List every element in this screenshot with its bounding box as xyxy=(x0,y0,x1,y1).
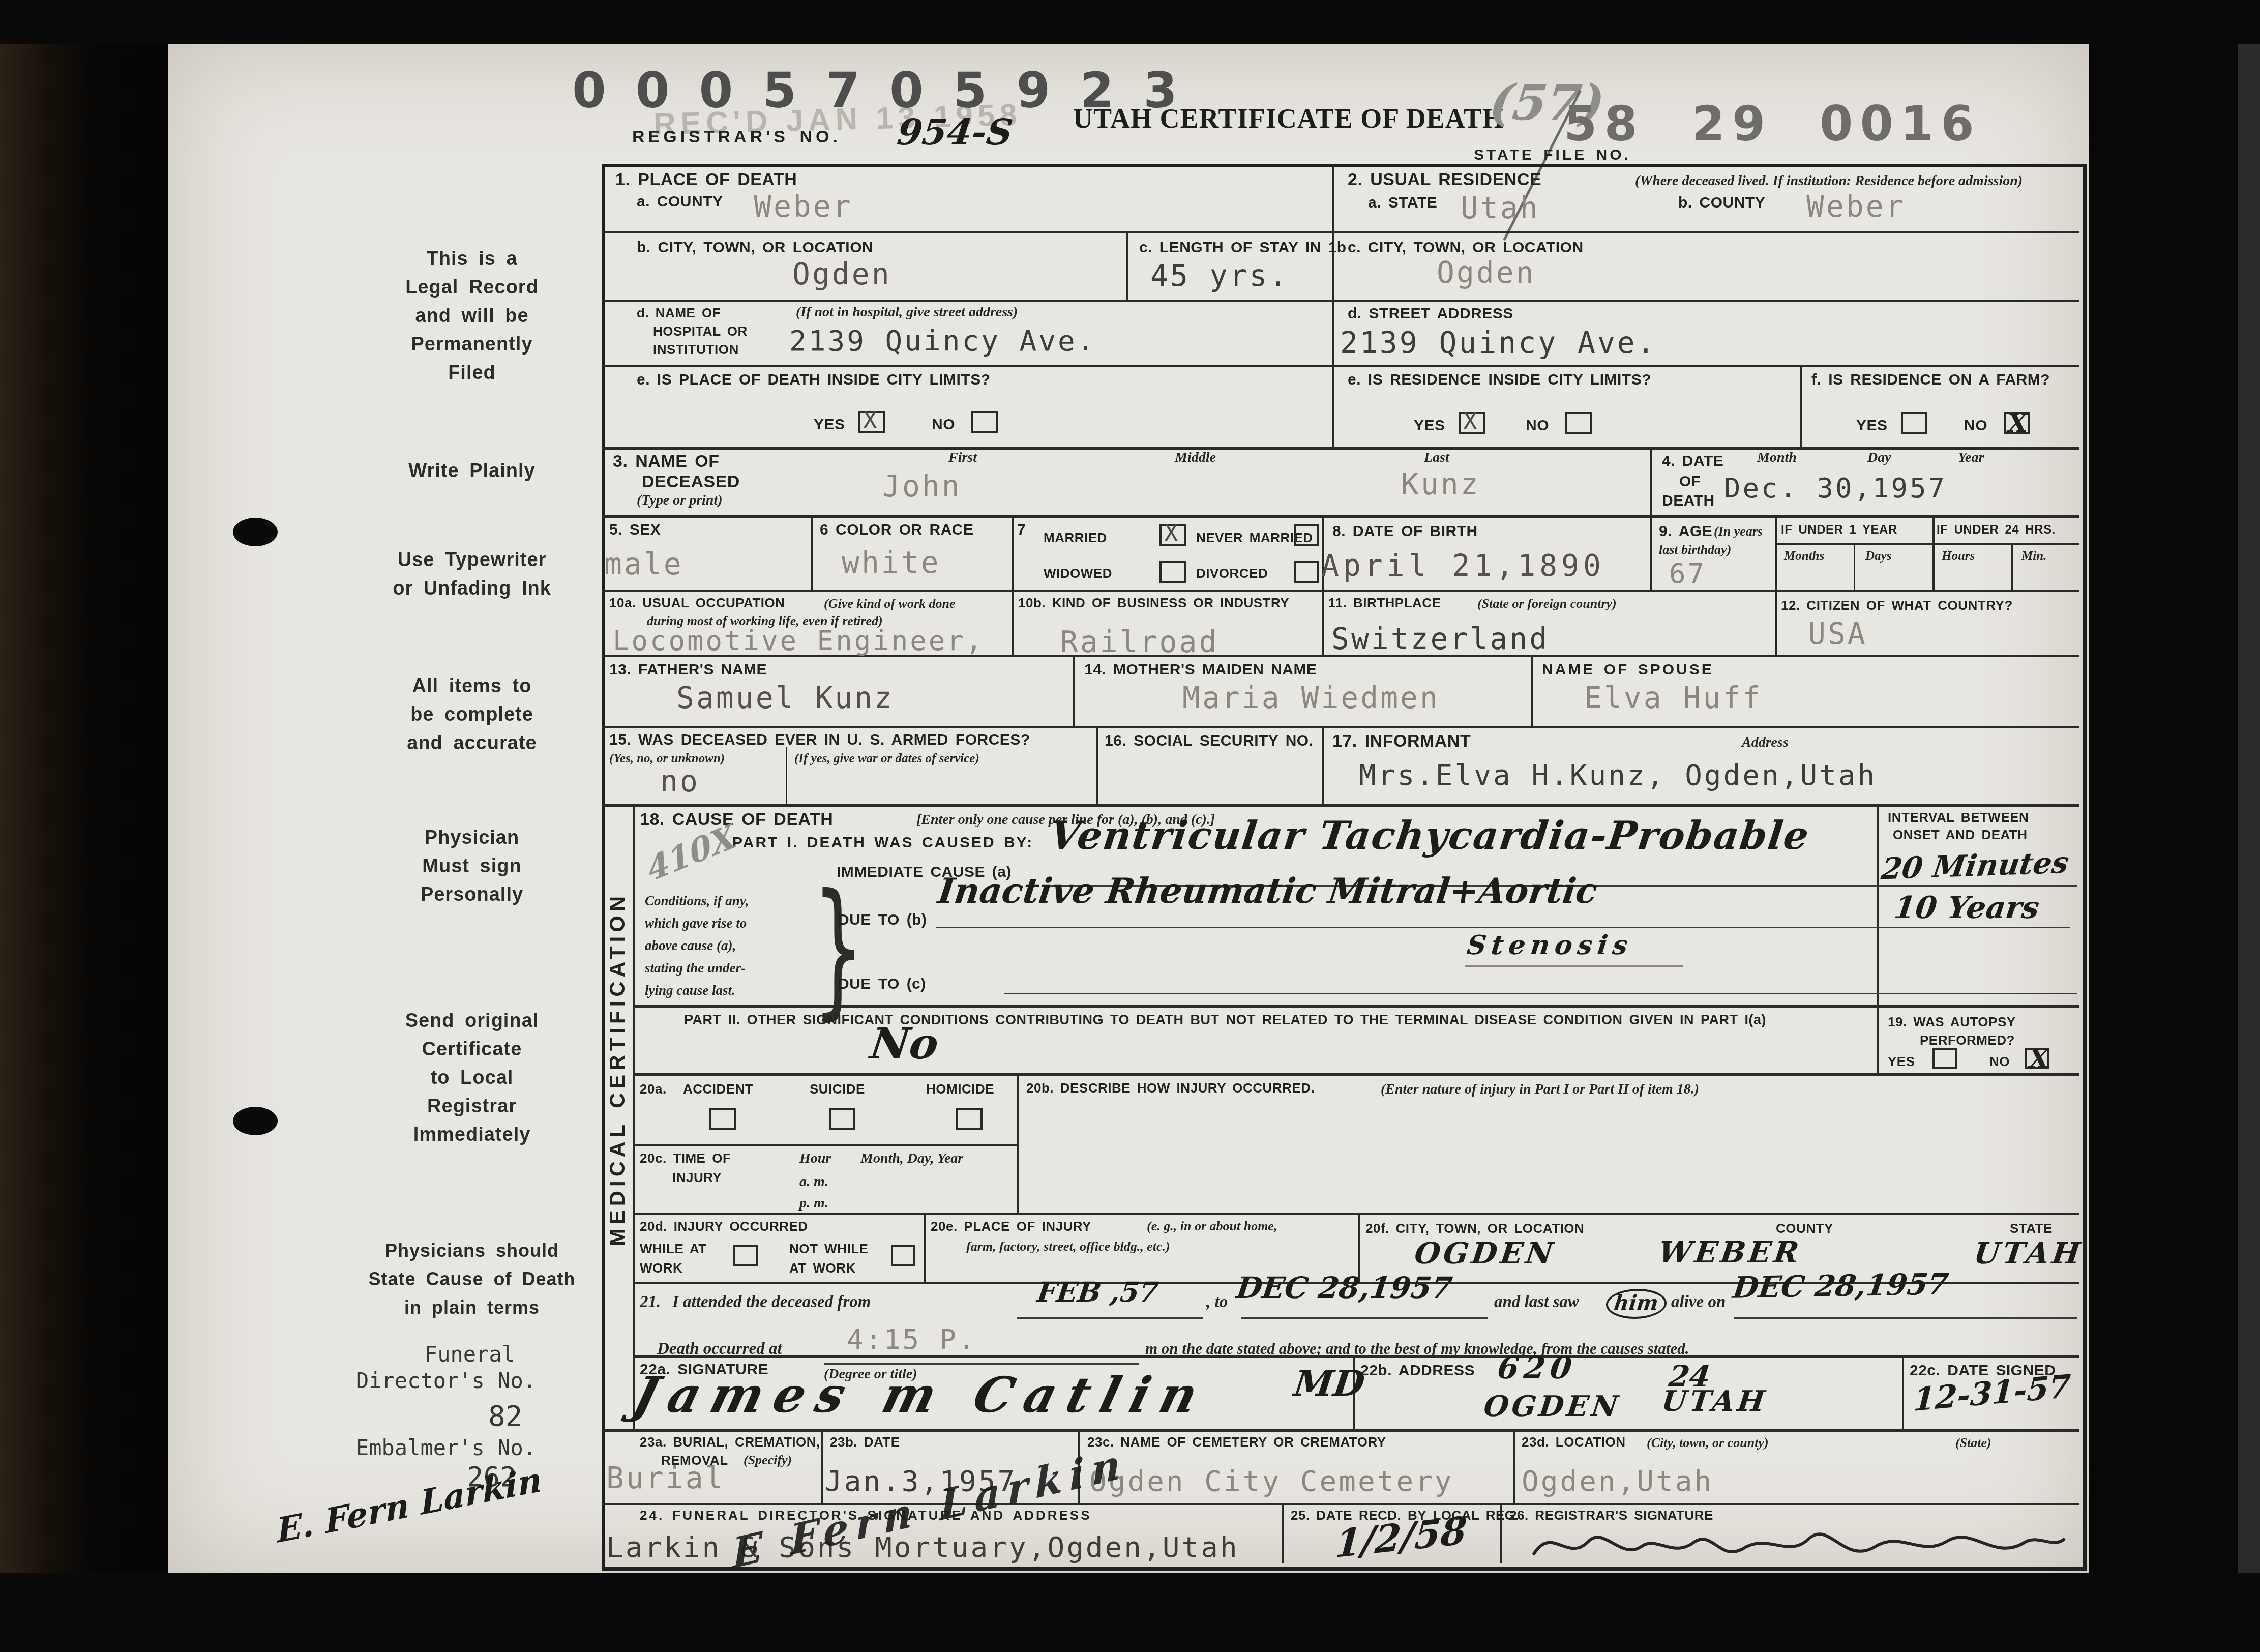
s3-label: 3. NAME OF xyxy=(613,452,720,471)
s18-label: 18. CAUSE OF DEATH xyxy=(640,810,833,830)
s3-sublabel: (Type or print) xyxy=(637,492,723,509)
s8-value: April 21,1890 xyxy=(1321,548,1605,583)
s21-death-occurred-text: Death occurred at xyxy=(657,1340,782,1359)
s2f-no-mark: X xyxy=(2008,408,2028,438)
s1e-no-label: NO xyxy=(932,416,955,433)
s19-label: PERFORMED? xyxy=(1920,1032,2015,1048)
s20e-sublabel: (e. g., in or about home, xyxy=(1147,1219,1277,1234)
s23d-label: 23d. LOCATION xyxy=(1522,1434,1626,1450)
state-file-label: STATE FILE NO. xyxy=(1474,146,1631,164)
rule-v xyxy=(1012,590,1014,655)
s2-title: 2. USUAL RESIDENCE xyxy=(1348,170,1541,190)
margin-note-physician-sign: Must sign xyxy=(330,855,614,877)
s4-month-header: Month xyxy=(1757,450,1797,466)
rule-v xyxy=(786,747,787,804)
s1e-label: e. IS PLACE OF DEATH INSIDE CITY LIMITS? xyxy=(637,371,991,389)
spouse-value: Elva Huff xyxy=(1584,681,1762,715)
s20a-homicide-checkbox xyxy=(956,1108,983,1130)
s9-months-header: Months xyxy=(1784,549,1824,564)
s14-value: Maria Wiedmen xyxy=(1182,681,1440,715)
rule-v xyxy=(1096,726,1098,804)
s3-last-value: Kunz xyxy=(1401,467,1480,501)
s20b-sublabel: (Enter nature of injury in Part I or Par… xyxy=(1381,1081,1699,1098)
s18-interval-label: ONSET AND DEATH xyxy=(1893,827,2028,843)
s9-label: 9. AGE xyxy=(1659,523,1712,540)
s11-value: Switzerland xyxy=(1331,622,1549,656)
s23d-sublabel: (City, town, or county) xyxy=(1647,1435,1769,1451)
s1b-label: b. CITY, TOWN, OR LOCATION xyxy=(637,239,873,256)
rule-v xyxy=(1650,447,1652,515)
margin-note-legal-record: and will be xyxy=(330,305,614,327)
scanner-background-right xyxy=(2089,0,2238,1652)
s2d-label: d. STREET ADDRESS xyxy=(1348,305,1513,322)
s20a-suicide-checkbox xyxy=(829,1108,855,1130)
rule-v xyxy=(1902,1355,1904,1429)
s22b-value-ogden: OGDEN xyxy=(1482,1390,1623,1423)
s19-no-mark: X xyxy=(2029,1044,2049,1074)
s7-widowed-checkbox xyxy=(1159,560,1186,583)
s18-due-to-c-label: DUE TO (c) xyxy=(838,976,926,993)
s2e-label: e. IS RESIDENCE INSIDE CITY LIMITS? xyxy=(1348,371,1651,389)
s21-alive-line xyxy=(1734,1317,2077,1319)
margin-note-plain-terms: Physicians should xyxy=(330,1240,614,1261)
s2f-yes-label: YES xyxy=(1856,417,1888,434)
s18-conditions-note: Conditions, if any, xyxy=(645,893,749,909)
s1d-sublabel: (If not in hospital, give street address… xyxy=(796,304,1018,320)
spouse-label: NAME OF SPOUSE xyxy=(1542,661,1714,678)
s9-sublabel: (In years xyxy=(1714,524,1763,539)
funeral-director-no-value: 82 xyxy=(488,1400,522,1433)
s18-line-stenosis xyxy=(1465,965,1683,967)
s7-divorced-label: DIVORCED xyxy=(1196,566,1268,581)
s18-conditions-note: which gave rise to xyxy=(645,916,747,931)
rule-h xyxy=(602,804,2079,807)
s2c-value: Ogden xyxy=(1437,255,1536,290)
s15-sublabel2: (If yes, give war or dates of service) xyxy=(794,752,979,766)
s3-last-header: Last xyxy=(1424,450,1449,466)
embalmer-no-label: Embalmer's No. xyxy=(356,1435,536,1460)
s2f-no-checkbox: X xyxy=(2004,412,2030,434)
s8-label: 8. DATE OF BIRTH xyxy=(1332,523,1478,540)
margin-note-typewriter: or Unfading Ink xyxy=(330,578,614,600)
s23a-label: 23a. BURIAL, CREMATION, xyxy=(640,1434,820,1450)
rule-h xyxy=(602,1503,2079,1505)
rule-v xyxy=(1932,515,1935,590)
s4-value: Dec. 30,1957 xyxy=(1724,472,1947,504)
s23d-state-note: (State) xyxy=(1955,1435,1991,1451)
s10b-value: Railroad xyxy=(1060,625,1218,659)
s1e-yes-label: YES xyxy=(814,416,845,433)
s23a-specify-note: (Specify) xyxy=(744,1453,792,1468)
scanner-background-bottom xyxy=(0,1573,2260,1652)
rule-h xyxy=(602,365,2079,367)
rule-h xyxy=(602,231,2079,233)
s5-label: 5. SEX xyxy=(609,521,661,539)
rule-v xyxy=(1126,231,1128,300)
s1e-no-checkbox xyxy=(971,411,998,433)
s20b-label: 20b. DESCRIBE HOW INJURY OCCURRED. xyxy=(1026,1080,1315,1096)
rule-v xyxy=(811,515,813,590)
margin-note-legal-record: Permanently xyxy=(330,334,614,356)
s4-year-header: Year xyxy=(1958,450,1984,466)
s20c-mdy-header: Month, Day, Year xyxy=(860,1150,963,1167)
s18-part1-label: PART I. DEATH WAS CAUSED BY: xyxy=(732,834,1033,851)
s20d-label: 20d. INJURY OCCURRED xyxy=(640,1219,808,1234)
s2e-yes-mark: X xyxy=(1463,409,1477,433)
s15-label: 15. WAS DECEASED EVER IN U. S. ARMED FOR… xyxy=(609,731,1030,749)
s10a-label: 10a. USUAL OCCUPATION xyxy=(609,595,785,611)
margin-note-send-original: Immediately xyxy=(330,1124,614,1146)
margin-note-legal-record: This is a xyxy=(330,248,614,270)
s20f-label: 20f. CITY, TOWN, OR LOCATION xyxy=(1365,1221,1584,1236)
s20a-number: 20a. xyxy=(640,1081,667,1097)
s19-yes-checkbox xyxy=(1932,1048,1957,1069)
s18-due-to-b-value2: Stenosis xyxy=(1465,930,1634,961)
margin-note-typewriter: Use Typewriter xyxy=(330,549,614,571)
s2b-label: b. COUNTY xyxy=(1678,194,1765,212)
s7-divorced-checkbox xyxy=(1294,560,1319,583)
s18-part2-value: No xyxy=(868,1018,941,1069)
margin-note-legal-record: Legal Record xyxy=(330,277,614,299)
s3-first-value: John xyxy=(882,469,962,504)
rule-v-medical-strip xyxy=(633,804,635,1429)
s7-number: 7 xyxy=(1017,521,1026,539)
s13-label: 13. FATHER'S NAME xyxy=(609,661,767,678)
s10a-sublabel: (Give kind of work done xyxy=(824,596,956,611)
s20c-pm-label: p. m. xyxy=(799,1195,828,1212)
s20c-label: 20c. TIME OF xyxy=(640,1150,731,1166)
s18-conditions-note: stating the under- xyxy=(645,960,746,976)
s20a-homicide-label: HOMICIDE xyxy=(926,1081,994,1097)
s18-line-b xyxy=(936,927,2070,928)
s9-hours-header: Hours xyxy=(1942,549,1975,564)
s23d-value: Ogden,Utah xyxy=(1522,1465,1713,1498)
s1-title: 1. PLACE OF DEATH xyxy=(615,170,797,190)
s2e-no-label: NO xyxy=(1526,417,1549,434)
state-file-number-stamp: 58 29 0016 xyxy=(1564,97,1981,152)
s4-label: 4. DATE xyxy=(1662,453,1723,470)
s10b-label: 10b. KIND OF BUSINESS OR INDUSTRY xyxy=(1018,595,1289,611)
s20d-notwhile-label: AT WORK xyxy=(789,1260,856,1276)
rule-h xyxy=(602,300,2079,302)
s20f-county-value: WEBER xyxy=(1657,1235,1804,1270)
s2e-yes-label: YES xyxy=(1414,417,1445,434)
s20f-state-header: STATE xyxy=(2010,1221,2053,1236)
s2-title-sub: (Where deceased lived. If institution: R… xyxy=(1635,173,2023,189)
s22b-value-utah: UTAH xyxy=(1660,1384,1770,1418)
rule-v xyxy=(1775,590,1777,655)
s23a-value: Burial xyxy=(606,1461,725,1495)
rule-v xyxy=(1531,655,1533,726)
s1a-label: a. COUNTY xyxy=(637,193,723,211)
s2e-no-checkbox xyxy=(1565,412,1592,434)
s3-first-header: First xyxy=(948,450,977,466)
s18-conditions-note: above cause (a), xyxy=(645,938,736,954)
s2f-yes-checkbox xyxy=(1901,412,1927,434)
s20a-accident-checkbox xyxy=(709,1108,736,1130)
s23b-label: 23b. DATE xyxy=(830,1434,900,1450)
s21-to-text: , to xyxy=(1206,1293,1228,1312)
s20c-am-label: a. m. xyxy=(799,1174,828,1190)
rule-v xyxy=(1513,1429,1515,1503)
s1b-value: Ogden xyxy=(792,257,891,291)
s2f-no-label: NO xyxy=(1964,417,1987,434)
s16-label: 16. SOCIAL SECURITY NO. xyxy=(1105,732,1313,750)
s2a-label: a. STATE xyxy=(1368,194,1437,212)
s20f-city-value: OGDEN xyxy=(1413,1236,1558,1271)
s22a-md: MD xyxy=(1292,1362,1367,1404)
s1d-value: 2139 Quincy Ave. xyxy=(789,324,1096,358)
s20e-label: 20e. PLACE OF INJURY xyxy=(931,1219,1091,1234)
s20a-suicide-label: SUICIDE xyxy=(810,1081,865,1097)
s22a-signature: James m Catlin xyxy=(628,1366,1215,1424)
s13-value: Samuel Kunz xyxy=(676,681,894,715)
margin-note-send-original: Registrar xyxy=(330,1096,614,1117)
s4-label: DEATH xyxy=(1662,492,1715,510)
s20e-sublabel: farm, factory, street, office bldg., etc… xyxy=(966,1239,1170,1254)
scanner-background-top xyxy=(0,0,2260,44)
funeral-director-no-label: Funeral xyxy=(425,1342,515,1367)
s18-part2-label: PART II. OTHER SIGNIFICANT CONDITIONS CO… xyxy=(684,1012,1766,1028)
s20d-notwhile-checkbox xyxy=(891,1245,915,1266)
s9-sublabel: last birthday) xyxy=(1659,542,1731,557)
s21-from-line xyxy=(1017,1317,1203,1319)
s1e-yes-checkbox: X xyxy=(858,411,885,433)
s4-day-header: Day xyxy=(1867,450,1891,466)
s14-label: 14. MOTHER'S MAIDEN NAME xyxy=(1084,661,1317,678)
s20f-state-value: UTAH xyxy=(1972,1236,2086,1271)
rule-v xyxy=(1017,1073,1019,1213)
margin-note-plain-terms: State Cause of Death xyxy=(330,1268,614,1290)
s20d-while-label: WORK xyxy=(640,1260,682,1276)
rule-v xyxy=(1012,515,1014,590)
s2f-label: f. IS RESIDENCE ON A FARM? xyxy=(1811,371,2050,389)
s9-under24-label: IF UNDER 24 HRS. xyxy=(1937,523,2056,537)
rule-v xyxy=(1332,164,1334,447)
rule-v-interval-col xyxy=(1877,804,1879,1073)
s21-to-value: DEC 28,1957 xyxy=(1235,1271,1454,1305)
s21-text: I attended the deceased from xyxy=(672,1293,871,1312)
s1a-value: Weber xyxy=(754,189,853,224)
s18-conditions-note: lying cause last. xyxy=(645,983,735,998)
margin-note-complete: All items to xyxy=(330,675,614,697)
registrar-no-value: 954-S xyxy=(895,111,1015,153)
scanner-background-left-wood xyxy=(0,0,168,1652)
s11-label: 11. BIRTHPLACE xyxy=(1328,595,1441,611)
rule-h xyxy=(602,447,2079,450)
s12-value: USA xyxy=(1808,616,1867,651)
s12-label: 12. CITIZEN OF WHAT COUNTRY? xyxy=(1781,598,2013,613)
s3-middle-header: Middle xyxy=(1175,450,1216,466)
rule-h xyxy=(633,1213,2079,1215)
s3-label: DECEASED xyxy=(642,472,740,492)
s21-number: 21. xyxy=(640,1293,661,1312)
s17-value: Mrs.Elva H.Kunz, Ogden,Utah xyxy=(1359,759,1877,792)
s18-conditions-brace: } xyxy=(813,885,864,1012)
s19-no-checkbox: X xyxy=(2025,1048,2049,1069)
margin-note-physician-sign: Physician xyxy=(330,827,614,849)
s20d-while-checkbox xyxy=(733,1245,758,1266)
s5-value: male xyxy=(604,547,683,581)
s7-married-label: MARRIED xyxy=(1044,530,1107,546)
s9-value: 67 xyxy=(1669,557,1706,589)
rule-v xyxy=(1854,543,1855,590)
s15-value: no xyxy=(660,764,700,799)
medical-certification-vertical-label: MEDICAL CERTIFICATION xyxy=(605,825,630,1313)
margin-note-complete: be complete xyxy=(330,704,614,726)
s24-value: Larkin & Sons Mortuary,Ogden,Utah xyxy=(606,1531,1239,1564)
s20d-notwhile-label: NOT WHILE xyxy=(789,1241,868,1257)
punch-hole-top xyxy=(233,518,278,546)
s21-to-line xyxy=(1241,1317,1488,1319)
rule-h xyxy=(633,1073,2079,1076)
s18-due-to-b-label: DUE TO (b) xyxy=(838,911,927,929)
scanner-background-right-strip xyxy=(2238,0,2260,1652)
registrar-signature-scribble xyxy=(1523,1518,2072,1569)
rule-v xyxy=(924,1213,926,1282)
s2e-yes-checkbox: X xyxy=(1459,412,1485,434)
s10a-value: Locomotive Engineer, xyxy=(613,625,984,657)
s2a-value: Utah xyxy=(1461,191,1540,225)
s19-no-label: NO xyxy=(1989,1054,2010,1070)
s11-sublabel: (State or foreign country) xyxy=(1477,596,1617,611)
s7-married-checkbox: X xyxy=(1159,524,1186,546)
s1d-label: INSTITUTION xyxy=(653,342,739,358)
margin-note-write-plainly: Write Plainly xyxy=(330,460,614,482)
margin-note-send-original: Certificate xyxy=(330,1039,614,1060)
s21-time-value: 4:15 P. xyxy=(847,1323,977,1355)
s18-line-c xyxy=(1004,993,2077,994)
s18-interval-a-value: 20 Minutes xyxy=(1879,845,2071,886)
rule-h xyxy=(602,590,2079,592)
s9-under1year-label: IF UNDER 1 YEAR xyxy=(1781,523,1897,537)
margin-note-physician-sign: Personally xyxy=(330,884,614,906)
s1c-value: 45 yrs. xyxy=(1150,258,1289,293)
s23c-value: Ogden City Cemetery xyxy=(1089,1465,1454,1498)
rule-v xyxy=(1775,515,1777,590)
s21-from-value: FEB ,57 xyxy=(1035,1276,1161,1308)
punch-hole-bottom xyxy=(233,1107,278,1135)
certificate-title: UTAH CERTIFICATE OF DEATH xyxy=(1073,103,1504,134)
s7-never-married-checkbox xyxy=(1294,524,1319,546)
s22b-value-620: 620 xyxy=(1496,1350,1579,1386)
registrar-no-label: REGISTRAR'S NO. xyxy=(632,127,841,147)
s21-aliveon-text: alive on xyxy=(1671,1293,1726,1312)
margin-note-complete: and accurate xyxy=(330,732,614,754)
s17-label: 17. INFORMANT xyxy=(1332,731,1471,751)
rule-h xyxy=(602,726,2079,728)
s20f-county-header: COUNTY xyxy=(1776,1221,1833,1236)
rule-v xyxy=(821,1429,823,1503)
s18-interval-label: INTERVAL BETWEEN xyxy=(1888,810,2029,825)
s18-interval-b-value: 10 Years xyxy=(1892,890,2041,926)
s2c-label: c. CITY, TOWN, OR LOCATION xyxy=(1348,239,1584,256)
s6-label: 6 COLOR OR RACE xyxy=(820,521,974,539)
rule-h xyxy=(633,1144,1017,1146)
s7-widowed-label: WIDOWED xyxy=(1044,566,1112,581)
funeral-director-no-label: Director's No. xyxy=(356,1368,536,1393)
s23c-label: 23c. NAME OF CEMETERY OR CREMATORY xyxy=(1087,1434,1386,1450)
s18-immediate-cause-value: Ventricular Tachycardia-Probable xyxy=(1048,813,1812,858)
s21-lastsaw-text: and last saw xyxy=(1494,1293,1579,1312)
rule-v xyxy=(1800,365,1802,447)
s17-address-header: Address xyxy=(1742,734,1789,751)
scanned-death-certificate: REC'D JAN 13 1958 0005705923 REGISTRAR'S… xyxy=(0,0,2260,1652)
s19-yes-label: YES xyxy=(1888,1054,1915,1070)
rule-v xyxy=(1322,590,1324,655)
s21-time-line xyxy=(824,1363,1139,1365)
rule-v xyxy=(1322,726,1324,804)
s1d-label: d. NAME OF xyxy=(637,305,721,321)
margin-note-send-original: to Local xyxy=(330,1067,614,1089)
rule-v xyxy=(1073,655,1075,726)
s6-value: white xyxy=(842,545,941,580)
margin-note-plain-terms: in plain terms xyxy=(330,1297,614,1318)
s20d-while-label: WHILE AT xyxy=(640,1241,707,1257)
s20c-label: INJURY xyxy=(672,1170,722,1186)
s22b-label: 22b. ADDRESS xyxy=(1360,1362,1475,1379)
s2d-value: 2139 Quincy Ave. xyxy=(1340,326,1657,360)
rule-h xyxy=(602,515,2079,518)
margin-note-send-original: Send original xyxy=(330,1010,614,1032)
s18-due-to-b-value: Inactive Rheumatic Mitral+Aortic xyxy=(936,871,1599,911)
s1d-label: HOSPITAL OR xyxy=(653,323,748,339)
s21-alive-value: DEC 28,1957 xyxy=(1731,1266,1951,1305)
s1c-label: c. LENGTH OF STAY IN 1b xyxy=(1139,239,1347,256)
s2b-value: Weber xyxy=(1806,189,1906,224)
s7-married-mark: X xyxy=(1164,521,1178,545)
rule-v xyxy=(2011,543,2013,590)
s19-label: 19. WAS AUTOPSY xyxy=(1888,1014,2016,1030)
s9-days-header: Days xyxy=(1865,549,1891,564)
s20c-hour-header: Hour xyxy=(799,1150,831,1167)
s20a-accident-label: ACCIDENT xyxy=(683,1081,753,1097)
s4-label: OF xyxy=(1679,473,1701,490)
s9-min-header: Min. xyxy=(2021,549,2046,564)
rule-h xyxy=(1775,543,2079,545)
s21-closing-text: m on the date stated above; and to the b… xyxy=(1145,1340,1689,1358)
rule-v xyxy=(1282,1503,1284,1563)
rule-v xyxy=(1650,515,1652,590)
margin-note-legal-record: Filed xyxy=(330,362,614,384)
s1e-yes-mark: X xyxy=(863,408,877,432)
